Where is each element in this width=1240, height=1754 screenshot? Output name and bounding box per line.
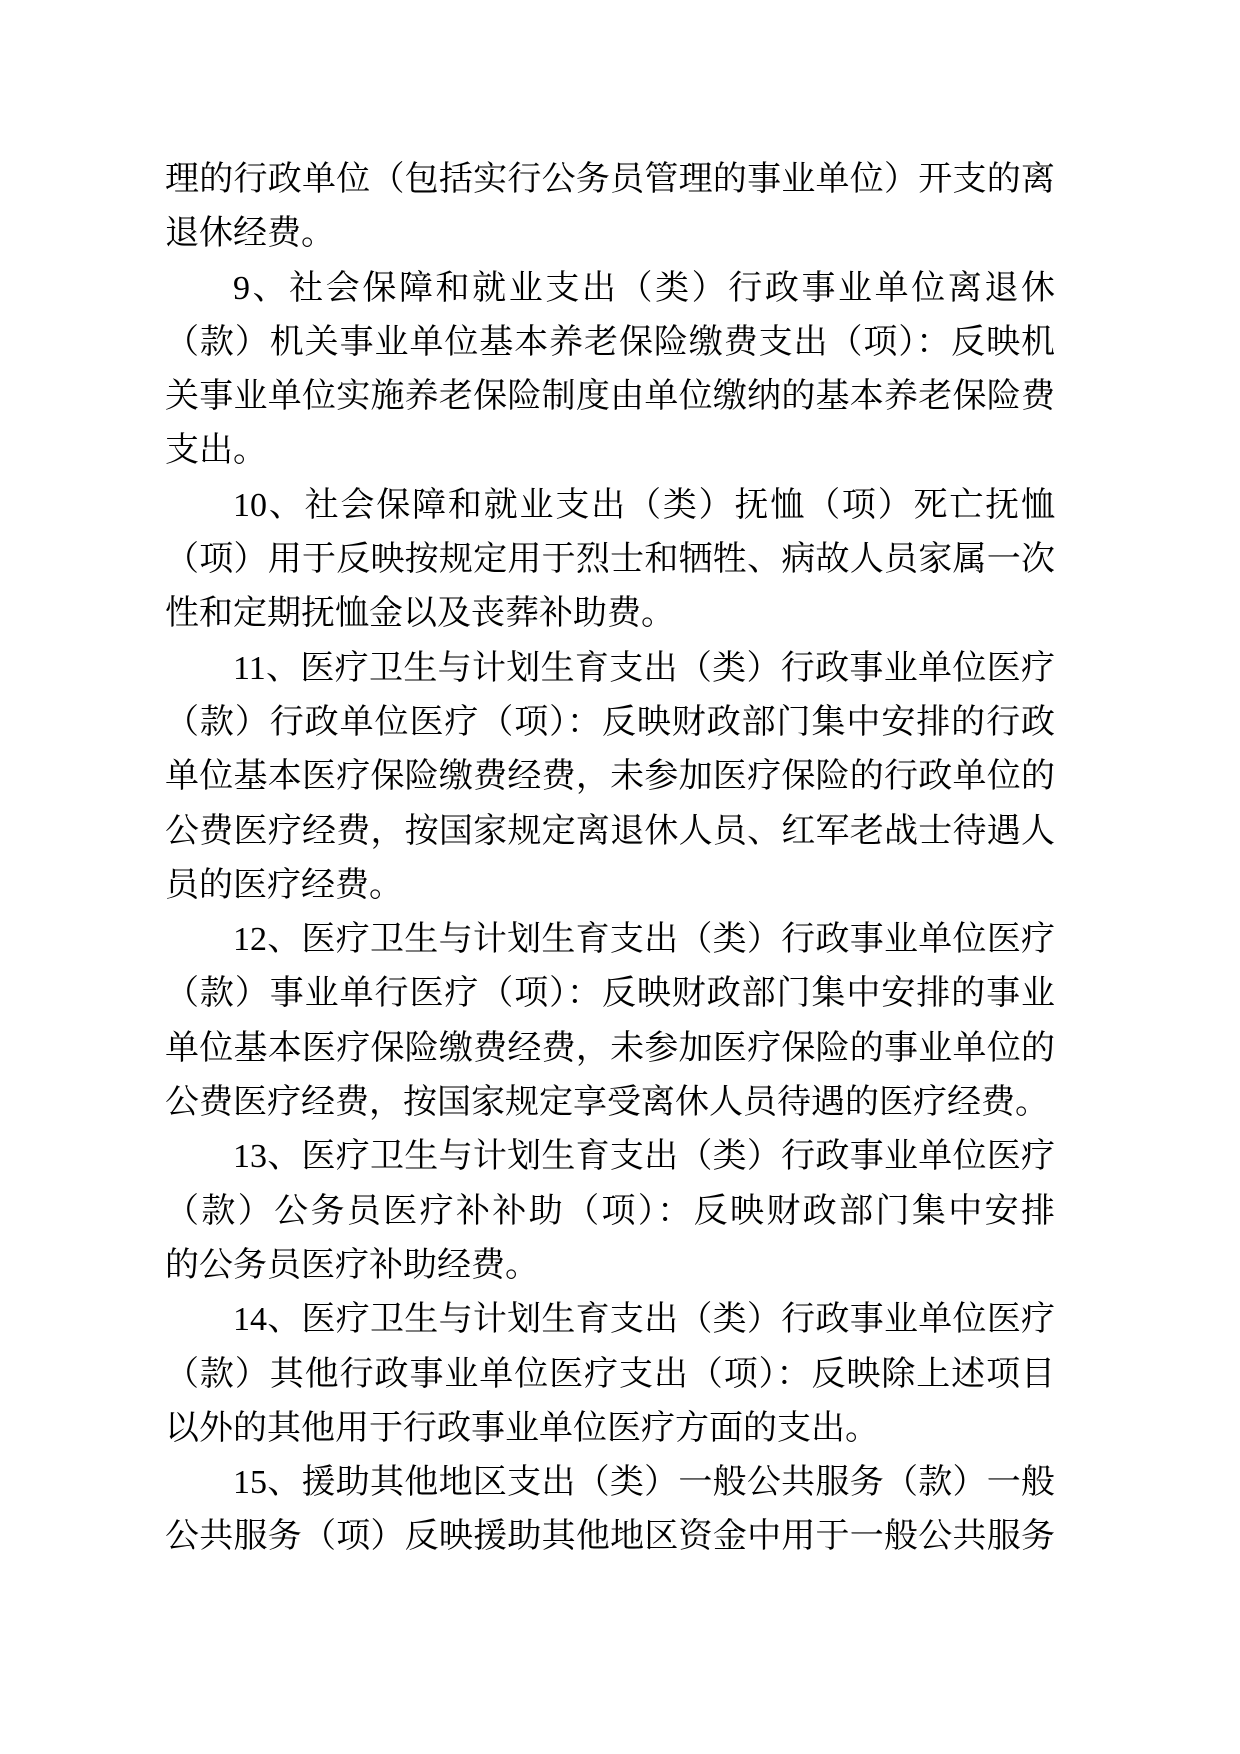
body-text-block: 理的行政单位（包括实行公务员管理的事业单位）开支的离 退休经费。 9、社会保障和… bbox=[165, 153, 1055, 1565]
text-line: 10、社会保障和就业支出（类）抚恤（项）死亡抚恤 bbox=[165, 479, 1055, 533]
text-line: （项）用于反映按规定用于烈士和牺牲、病故人员家属一次 bbox=[165, 533, 1055, 587]
text-line: 11、医疗卫生与计划生育支出（类）行政事业单位医疗 bbox=[165, 642, 1055, 696]
text-line: （款）公务员医疗补补助（项）：反映财政部门集中安排 bbox=[165, 1185, 1055, 1239]
text-line: 性和定期抚恤金以及丧葬补助费。 bbox=[165, 587, 1055, 641]
text-line: （款）行政单位医疗（项）：反映财政部门集中安排的行政 bbox=[165, 696, 1055, 750]
text-line: 单位基本医疗保险缴费经费，未参加医疗保险的行政单位的 bbox=[165, 750, 1055, 804]
text-line: 退休经费。 bbox=[165, 207, 1055, 261]
text-line: 15、援助其他地区支出（类）一般公共服务（款）一般 bbox=[165, 1456, 1055, 1510]
text-line: 12、医疗卫生与计划生育支出（类）行政事业单位医疗 bbox=[165, 913, 1055, 967]
text-line: 公费医疗经费，按国家规定享受离休人员待遇的医疗经费。 bbox=[165, 1076, 1055, 1130]
text-line: 14、医疗卫生与计划生育支出（类）行政事业单位医疗 bbox=[165, 1293, 1055, 1347]
text-line: 理的行政单位（包括实行公务员管理的事业单位）开支的离 bbox=[165, 153, 1055, 207]
text-line: 支出。 bbox=[165, 424, 1055, 478]
text-line: 公费医疗经费，按国家规定离退休人员、红军老战士待遇人 bbox=[165, 805, 1055, 859]
text-line: （款）其他行政事业单位医疗支出（项）：反映除上述项目 bbox=[165, 1348, 1055, 1402]
text-line: 的公务员医疗补助经费。 bbox=[165, 1239, 1055, 1293]
text-line: 13、医疗卫生与计划生育支出（类）行政事业单位医疗 bbox=[165, 1130, 1055, 1184]
text-line: （款）机关事业单位基本养老保险缴费支出（项）：反映机 bbox=[165, 316, 1055, 370]
text-line: 9、社会保障和就业支出（类）行政事业单位离退休 bbox=[165, 262, 1055, 316]
text-line: 员的医疗经费。 bbox=[165, 859, 1055, 913]
text-line: 关事业单位实施养老保险制度由单位缴纳的基本养老保险费 bbox=[165, 370, 1055, 424]
text-line: 单位基本医疗保险缴费经费，未参加医疗保险的事业单位的 bbox=[165, 1022, 1055, 1076]
text-line: 公共服务（项）反映援助其他地区资金中用于一般公共服务 bbox=[165, 1510, 1055, 1564]
document-page: 理的行政单位（包括实行公务员管理的事业单位）开支的离 退休经费。 9、社会保障和… bbox=[0, 0, 1240, 1754]
text-line: 以外的其他用于行政事业单位医疗方面的支出。 bbox=[165, 1402, 1055, 1456]
text-line: （款）事业单行医疗（项）：反映财政部门集中安排的事业 bbox=[165, 967, 1055, 1021]
